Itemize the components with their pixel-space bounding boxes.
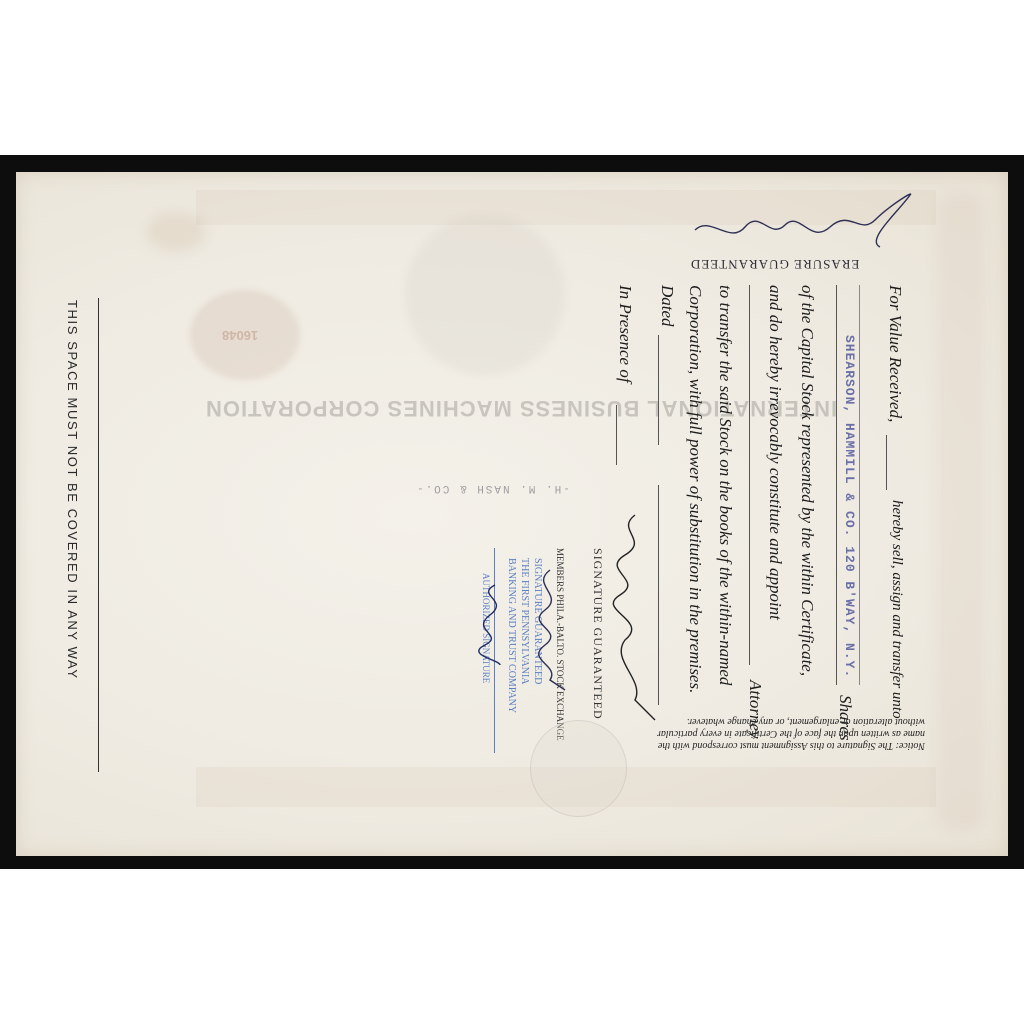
embossed-seal	[530, 720, 627, 817]
guarantor-signature	[520, 565, 580, 695]
assign-transfer-text: hereby sell, assign and transfer unto	[888, 500, 905, 719]
bleed-through-certificate-number: 16048	[222, 328, 258, 343]
notice-line-2: name as written upon the face of the Cer…	[700, 727, 925, 739]
dated-line	[658, 335, 659, 445]
witness-line	[616, 405, 617, 465]
notice-line-3: without alteration or enlargement, or an…	[700, 715, 925, 727]
left-margin-note: THIS SPACE MUST NOT BE COVERED IN ANY WA…	[50, 300, 80, 740]
for-value-received: For Value Received,	[885, 285, 905, 422]
capital-stock-text: of the Capital Stock represented by the …	[797, 285, 817, 676]
appoint-text: and do hereby irrevocably constitute and…	[765, 285, 785, 620]
erasure-guaranteed-stamp: ERASURE GUARANTEED	[690, 256, 859, 272]
bank-officer-signature	[470, 580, 520, 670]
notice-line-1: Notice: The Signature to this Assignment…	[700, 739, 925, 751]
left-margin-rule	[98, 298, 99, 772]
transfer-text: to transfer the said Stock on the books …	[715, 285, 735, 685]
broker-stamp: -H. M. NASH & CO.-	[415, 482, 570, 494]
owner-signature	[595, 510, 665, 730]
substitution-text: Corporation, with full power of substitu…	[685, 285, 705, 693]
assignee-stamp: SHEARSON, HAMMILL & CO. 120 B'WAY, N.Y.	[842, 335, 857, 678]
assignee-line	[836, 285, 837, 685]
bleed-through-vignette	[405, 215, 565, 375]
in-presence-label: In Presence of	[615, 285, 635, 383]
right-border-tint	[936, 192, 986, 832]
shares-line	[859, 285, 860, 685]
signature-guaranteed-heading: SIGNATURE GUARANTEED	[590, 548, 605, 720]
dated-label: Dated	[657, 285, 677, 327]
assignor-line	[886, 435, 887, 490]
attorney-line	[749, 285, 750, 665]
notice: Notice: The Signature to this Assignment…	[700, 715, 925, 751]
